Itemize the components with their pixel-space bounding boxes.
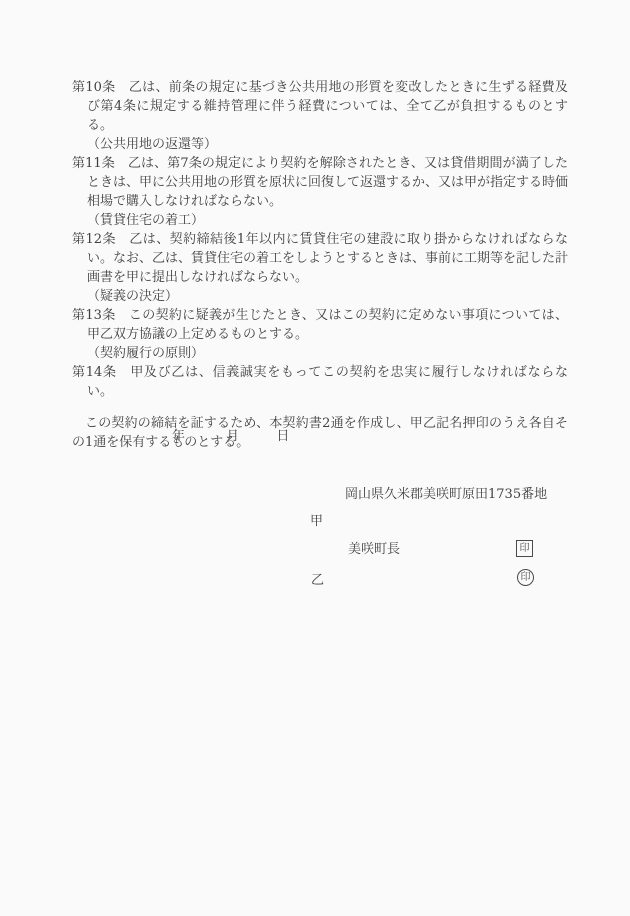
article-12: 第12条 乙は、契約締結後1年以内に賃貸住宅の建設に取り掛からなければならない。… bbox=[72, 230, 568, 287]
party-a-address: 岡山県久米郡美咲町原田1735番地 bbox=[345, 485, 547, 504]
caption-doubt-resolution: （疑義の決定） bbox=[72, 287, 568, 306]
party-b-label: 乙 bbox=[311, 569, 324, 588]
date-line: 年 月 日 bbox=[172, 427, 289, 446]
party-a-label: 甲 bbox=[310, 510, 323, 529]
caption-public-land-return: （公共用地の返還等） bbox=[72, 135, 568, 154]
article-11: 第11条 乙は、第7条の規定により契約を解除されたとき、又は貸借期間が満了したと… bbox=[72, 154, 568, 211]
caption-rental-housing-start: （賃貸住宅の着工） bbox=[72, 211, 568, 230]
caption-contract-performance: （契約履行の原則） bbox=[72, 344, 568, 363]
contract-body: 第10条 乙は、前条の規定に基づき公共用地の形質を変改したときに生ずる経費及び第… bbox=[72, 78, 568, 452]
party-a-title: 美咲町長 bbox=[348, 538, 400, 557]
party-a-seal-mark: 印 bbox=[516, 540, 533, 557]
article-10: 第10条 乙は、前条の規定に基づき公共用地の形質を変改したときに生ずる経費及び第… bbox=[72, 78, 568, 135]
article-14: 第14条 甲及び乙は、信義誠実をもってこの契約を忠実に履行しなければならない。 bbox=[72, 363, 568, 401]
closing-paragraph: この契約の締結を証するため、本契約書2通を作成し、甲乙記名押印のうえ各自その1通… bbox=[72, 414, 568, 452]
article-13: 第13条 この契約に疑義が生じたとき、又はこの契約に定めない事項については、甲乙… bbox=[72, 306, 568, 344]
contract-document-page: 第10条 乙は、前条の規定に基づき公共用地の形質を変改したときに生ずる経費及び第… bbox=[0, 0, 630, 916]
date-year-label: 年 bbox=[172, 429, 185, 444]
date-month-label: 月 bbox=[226, 429, 239, 444]
date-day-label: 日 bbox=[276, 429, 289, 444]
party-b-seal-mark: 印 bbox=[517, 569, 534, 586]
